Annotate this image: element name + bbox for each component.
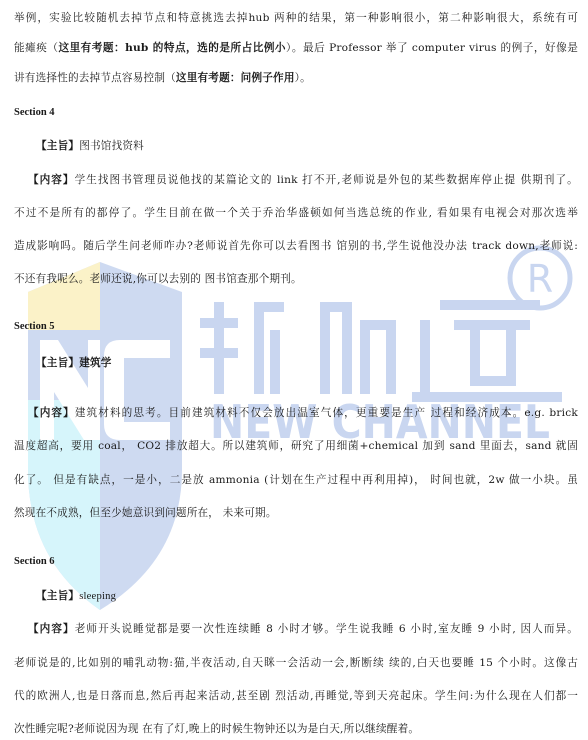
section-4-theme: 【主旨】图书馆找资料: [36, 139, 578, 153]
exam-note: 这里有考题：hub 的特点，选的是所占比例小: [58, 42, 286, 54]
brand-cn-watermark-icon: [200, 300, 562, 402]
section-6-content-line: 次性睡完呢?老师说因为现 在有了灯,晚上的时候生物钟还以为是白天,所以继续醒着。: [14, 722, 578, 736]
section-5-content-line: 温度超高，要用 coal， CO2 排放超大。所以建筑师，研究了用细菌+chem…: [14, 439, 578, 453]
section-6-content-line: 老师说是的,比如别的哺乳动物:猫,半夜活动,自天眯一会活动一会,断断续 续的,白…: [14, 656, 578, 670]
text-line: 讲有选择性的去掉节点容易控制（这里有考题：问例子作用）。: [14, 71, 578, 85]
text-line: 能瘫痪（这里有考题：hub 的特点，选的是所占比例小）。最后 Professor…: [14, 41, 578, 55]
section-5-title: Section 5: [14, 320, 55, 334]
section-6-title: Section 6: [14, 555, 55, 569]
document-page: R NEW CHANNEL 举例，实验比较随机去掉节点和特意挑选去掉hub 两种…: [0, 0, 588, 740]
section-4-content-line: 【内容】学生找图书管理员说他找的某篇论文的 link 打不开,老师说是外包的某些…: [28, 173, 578, 187]
section-6-content-line: 代的欧洲人,也是日落而息,然后再起来活动,甚至剧 烈活动,再睡觉,等到天亮起床。…: [14, 689, 578, 703]
section-5-content-line: 【内容】建筑材料的思考。目前建筑材料不仅会放出温室气体，更重要是生产 过程和经济…: [28, 406, 578, 420]
section-5-theme: 【主旨】建筑学: [36, 356, 578, 370]
section-5-content-line: 化了。 但是有缺点，一是小，二是放 ammonia (计划在生产过程中再利用掉)…: [14, 473, 578, 487]
section-6-content-line: 【内容】老师开头说睡觉都是要一次性连续睡 8 小时才够。学生说我睡 6 小时,室…: [28, 622, 578, 636]
section-4-content-line: 造成影响吗。随后学生问老师咋办?老师说首先你可以去看图书 馆别的书,学生说他没办…: [14, 239, 578, 253]
section-6-theme: 【主旨】sleeping: [36, 589, 578, 604]
section-4-content-line: 不过不是所有的都停了。学生目前在做一个关于乔治华盛顿如何当选总统的作业, 看如果…: [14, 206, 578, 220]
section-5-content-line: 然现在不成熟，但至少她意识到问题所在， 未来可期。: [14, 506, 578, 520]
text-line: 举例，实验比较随机去掉节点和特意挑选去掉hub 两种的结果，第一种影响很小，第二…: [14, 11, 578, 25]
exam-note: 这里有考题：问例子作用: [176, 72, 295, 84]
section-4-content-line: 不还有我呢么。老师还说,你可以去别的 图书馆查那个期刊。: [14, 272, 578, 286]
section-4-title: Section 4: [14, 106, 55, 120]
